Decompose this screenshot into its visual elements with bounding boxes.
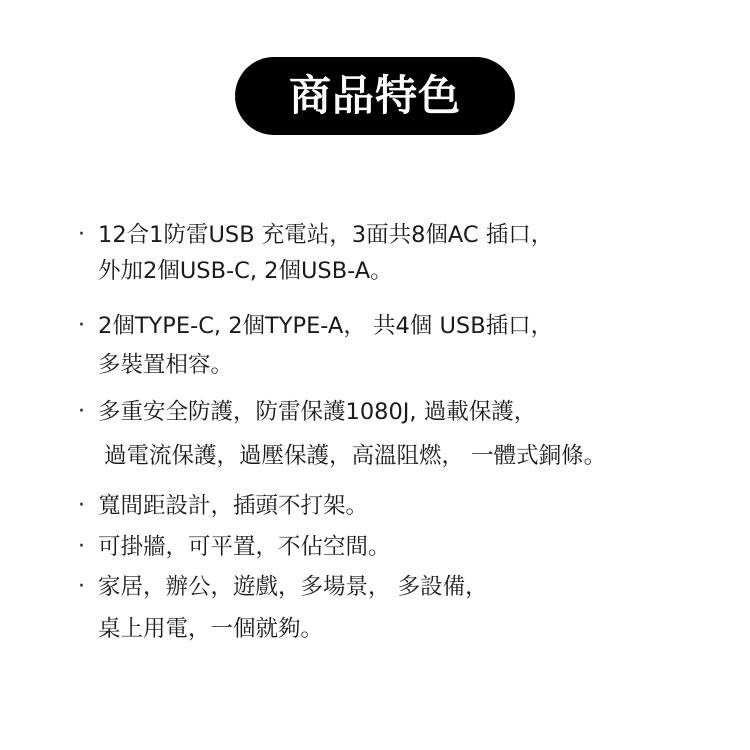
feature-text: 多重安全防護，防雷保護1080J, 過載保護，: [98, 397, 536, 427]
section-title-badge: 商品特色: [235, 57, 515, 135]
feature-text: 寬間距設計，插頭不打架。: [98, 491, 368, 521]
feature-text: 家居，辦公，遊戲，多場景， 多設備，: [98, 572, 488, 602]
bullet-dot-icon: ·: [78, 491, 94, 521]
bullet-dot-icon: ·: [78, 572, 94, 602]
bullet-dot-icon: ·: [78, 220, 94, 250]
feature-text: 2個TYPE-C, 2個TYPE-A， 共4個 USB插口，: [98, 311, 553, 341]
feature-text: 12合1防雷USB 充電站，3面共8個AC 插口，: [98, 220, 553, 250]
feature-text: 過電流保護，過壓保護，高溫阻燃， 一體式銅條。: [104, 441, 606, 471]
feature-text: 多裝置相容。: [98, 350, 233, 380]
bullet-dot-icon: ·: [78, 532, 94, 562]
bullet-dot-icon: ·: [78, 397, 94, 427]
feature-text: 桌上用電，一個就夠。: [98, 614, 323, 644]
bullet-dot-icon: ·: [78, 311, 94, 341]
feature-text: 外加2個USB-C, 2個USB-A。: [98, 256, 393, 286]
section-title: 商品特色: [289, 75, 461, 117]
feature-text: 可掛牆，可平置，不佔空間。: [98, 532, 391, 562]
